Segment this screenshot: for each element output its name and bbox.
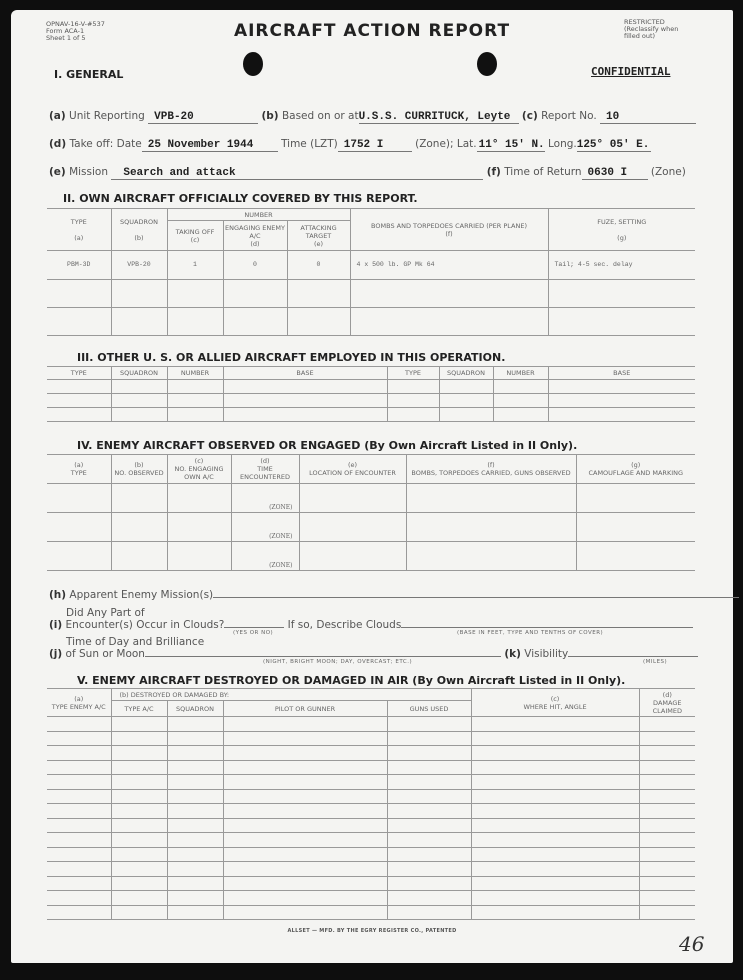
cell-empty[interactable] bbox=[548, 408, 695, 422]
cell-empty[interactable] bbox=[167, 789, 223, 804]
col-enemy-type-header: (a)TYPE ENEMY A/C bbox=[47, 689, 111, 717]
cell-empty[interactable] bbox=[47, 380, 111, 394]
table-row bbox=[47, 818, 695, 833]
cell-empty[interactable] bbox=[548, 308, 695, 336]
clouds-yes-no-field[interactable] bbox=[224, 627, 284, 628]
col-damage-header: (d)DAMAGE CLAIMED bbox=[639, 689, 695, 717]
reclassify-note-2: filled out) bbox=[624, 33, 678, 40]
visibility-label: Visibility bbox=[524, 648, 568, 660]
cell-empty[interactable] bbox=[387, 760, 471, 775]
describe-clouds-hint: (BASE IN FEET, TYPE AND TENTHS OF COVER) bbox=[457, 630, 603, 636]
cell-empty[interactable] bbox=[111, 789, 167, 804]
field-key: (b) bbox=[261, 110, 278, 122]
cell-empty[interactable] bbox=[167, 862, 223, 877]
restricted-note: RESTRICTED (Reclassify when filled out) bbox=[624, 19, 678, 40]
table-row: (ZONE) bbox=[47, 513, 695, 542]
cell-empty[interactable] bbox=[47, 775, 111, 790]
cell-fuze[interactable]: Tail; 4-5 sec. delay bbox=[548, 251, 695, 280]
cell-empty[interactable] bbox=[471, 891, 639, 906]
col-where-hit-header: (c)WHERE HIT, ANGLE bbox=[471, 689, 639, 717]
col-squadron-header: SQUADRON bbox=[111, 367, 167, 380]
cell-empty[interactable] bbox=[471, 847, 639, 862]
cell-empty[interactable] bbox=[167, 804, 223, 819]
cell-empty[interactable] bbox=[639, 862, 695, 877]
cell-empty[interactable] bbox=[387, 380, 439, 394]
clouds-label-line2: Encounter(s) Occur in Clouds? bbox=[66, 619, 225, 631]
section-general-heading: I. GENERAL bbox=[54, 68, 123, 81]
cell-empty[interactable] bbox=[576, 484, 695, 513]
cell-empty[interactable] bbox=[471, 775, 639, 790]
cell-empty[interactable] bbox=[111, 775, 167, 790]
cell-empty[interactable] bbox=[471, 804, 639, 819]
cell-empty[interactable] bbox=[223, 760, 387, 775]
cell-empty[interactable] bbox=[548, 394, 695, 408]
handwritten-page-number: 46 bbox=[679, 932, 704, 956]
cell-empty[interactable] bbox=[471, 731, 639, 746]
cell-empty[interactable] bbox=[167, 847, 223, 862]
cell-empty[interactable] bbox=[576, 513, 695, 542]
time-lzt-label: Time (LZT) bbox=[281, 138, 338, 150]
cell-empty[interactable] bbox=[387, 775, 471, 790]
cell-empty[interactable] bbox=[471, 818, 639, 833]
apparent-mission-label: Apparent Enemy Mission(s) bbox=[69, 589, 213, 601]
cell-empty[interactable] bbox=[47, 408, 111, 422]
table-row bbox=[47, 833, 695, 848]
cell-empty[interactable] bbox=[111, 891, 167, 906]
cell-empty[interactable] bbox=[167, 380, 223, 394]
field-key: (a) bbox=[49, 110, 66, 122]
cell-empty[interactable] bbox=[111, 905, 167, 920]
cell-empty[interactable] bbox=[111, 717, 167, 732]
brilliance-field[interactable] bbox=[145, 656, 501, 657]
section-enemy-destroyed-heading: V. ENEMY AIRCRAFT DESTROYED OR DAMAGED I… bbox=[77, 674, 625, 687]
zone-label[interactable]: (ZONE) bbox=[231, 484, 299, 513]
table-row bbox=[47, 280, 695, 308]
apparent-mission-row: (h) Apparent Enemy Mission(s) bbox=[49, 589, 739, 601]
cell-empty[interactable] bbox=[387, 876, 471, 891]
col-taking-off-header: TAKING OFF(c) bbox=[167, 221, 223, 251]
cell-empty[interactable] bbox=[299, 542, 406, 571]
cell-empty[interactable] bbox=[47, 542, 111, 571]
cell-empty[interactable] bbox=[471, 760, 639, 775]
time-lzt-field[interactable]: 1752 I bbox=[338, 139, 412, 152]
table-row: (ZONE) bbox=[47, 484, 695, 513]
table-row bbox=[47, 308, 695, 336]
col-number-header-2: NUMBER bbox=[493, 367, 548, 380]
cell-empty[interactable] bbox=[406, 513, 576, 542]
table-row bbox=[47, 847, 695, 862]
zone-lat-label: (Zone); Lat. bbox=[415, 138, 477, 150]
punch-hole-icon bbox=[477, 52, 497, 76]
cell-empty[interactable] bbox=[47, 789, 111, 804]
cell-empty[interactable] bbox=[111, 746, 167, 761]
cell-empty[interactable] bbox=[639, 847, 695, 862]
report-no-field[interactable]: 10 bbox=[600, 111, 696, 124]
cell-empty[interactable] bbox=[299, 513, 406, 542]
col-guns-header: GUNS USED bbox=[387, 701, 471, 717]
report-no-label: Report No. bbox=[541, 110, 597, 122]
table-row bbox=[47, 760, 695, 775]
cell-attacking[interactable]: 0 bbox=[287, 251, 350, 280]
cell-empty[interactable] bbox=[471, 789, 639, 804]
cell-empty[interactable] bbox=[111, 394, 167, 408]
col-camouflage-header: (g)CAMOUFLAGE AND MARKING bbox=[576, 455, 695, 484]
cell-empty[interactable] bbox=[223, 717, 387, 732]
cell-empty[interactable] bbox=[639, 818, 695, 833]
general-row-1: (a) Unit Reporting VPB-20 (b) Based on o… bbox=[49, 110, 696, 124]
cell-empty[interactable] bbox=[47, 833, 111, 848]
col-bombs-header: (f)BOMBS, TORPEDOES CARRIED, GUNS OBSERV… bbox=[406, 455, 576, 484]
cell-empty[interactable] bbox=[47, 905, 111, 920]
cell-empty[interactable] bbox=[167, 484, 231, 513]
cell-type[interactable]: PBM-3D bbox=[47, 251, 111, 280]
cell-empty[interactable] bbox=[299, 484, 406, 513]
cell-bombs[interactable]: 4 x 500 lb. GP Mk 64 bbox=[350, 251, 548, 280]
cell-empty[interactable] bbox=[47, 818, 111, 833]
cell-empty[interactable] bbox=[167, 731, 223, 746]
visibility-hint: (MILES) bbox=[643, 659, 667, 665]
enemy-destroyed-table: (a)TYPE ENEMY A/C (b) DESTROYED OR DAMAG… bbox=[47, 688, 695, 920]
col-engaging-header: ENGAGING ENEMY A/C(d) bbox=[223, 221, 287, 251]
table-row bbox=[47, 876, 695, 891]
cell-empty[interactable] bbox=[167, 542, 231, 571]
cell-empty[interactable] bbox=[493, 394, 548, 408]
cell-empty[interactable] bbox=[223, 847, 387, 862]
cell-empty[interactable] bbox=[47, 513, 111, 542]
col-location-header: (e)LOCATION OF ENCOUNTER bbox=[299, 455, 406, 484]
cell-empty[interactable] bbox=[548, 380, 695, 394]
cell-empty[interactable] bbox=[47, 862, 111, 877]
cell-empty[interactable] bbox=[47, 760, 111, 775]
cell-empty[interactable] bbox=[111, 876, 167, 891]
table-row bbox=[47, 717, 695, 732]
cell-empty[interactable] bbox=[111, 280, 167, 308]
cell-empty[interactable] bbox=[406, 484, 576, 513]
cell-empty[interactable] bbox=[47, 746, 111, 761]
cell-empty[interactable] bbox=[223, 891, 387, 906]
cell-empty[interactable] bbox=[387, 833, 471, 848]
cell-empty[interactable] bbox=[111, 542, 167, 571]
cell-empty[interactable] bbox=[167, 717, 223, 732]
cell-empty[interactable] bbox=[111, 731, 167, 746]
section-own-aircraft-heading: II. OWN AIRCRAFT OFFICIALLY COVERED BY T… bbox=[63, 192, 418, 205]
cell-empty[interactable] bbox=[471, 905, 639, 920]
cell-empty[interactable] bbox=[471, 862, 639, 877]
cell-empty[interactable] bbox=[167, 746, 223, 761]
own-aircraft-table: TYPE(a) SQUADRON(b) NUMBER BOMBS AND TOR… bbox=[47, 208, 695, 336]
cell-empty[interactable] bbox=[223, 804, 387, 819]
zone-label: (Zone) bbox=[651, 166, 686, 178]
col-squadron-header: SQUADRON bbox=[167, 701, 223, 717]
cell-empty[interactable] bbox=[639, 876, 695, 891]
cell-empty[interactable] bbox=[387, 746, 471, 761]
cell-empty[interactable] bbox=[439, 408, 493, 422]
field-key: (c) bbox=[522, 110, 538, 122]
visibility-field[interactable] bbox=[568, 656, 698, 657]
zone-label[interactable]: (ZONE) bbox=[231, 513, 299, 542]
cell-empty[interactable] bbox=[639, 717, 695, 732]
yes-no-hint: (YES OR NO) bbox=[233, 630, 273, 636]
cell-empty[interactable] bbox=[223, 308, 287, 336]
cell-empty[interactable] bbox=[47, 876, 111, 891]
cell-empty[interactable] bbox=[167, 833, 223, 848]
general-row-3: (e) Mission Search and attack (f) Time o… bbox=[49, 166, 686, 180]
longitude-label: Long. bbox=[548, 138, 577, 150]
cell-empty[interactable] bbox=[387, 818, 471, 833]
mission-field[interactable]: Search and attack bbox=[111, 167, 483, 180]
table-row bbox=[47, 408, 695, 422]
apparent-mission-field[interactable] bbox=[213, 597, 739, 598]
table-row bbox=[47, 804, 695, 819]
cell-empty[interactable] bbox=[387, 891, 471, 906]
report-sheet: OPNAV-16-V-#537 Form ACA-1 Sheet 1 of 5 … bbox=[11, 10, 733, 963]
cell-empty[interactable] bbox=[639, 746, 695, 761]
describe-clouds-field[interactable] bbox=[401, 627, 693, 628]
table-row bbox=[47, 394, 695, 408]
table-row bbox=[47, 862, 695, 877]
table-row bbox=[47, 891, 695, 906]
col-bombs-header: BOMBS AND TORPEDOES CARRIED (PER PLANE)(… bbox=[350, 209, 548, 251]
cell-empty[interactable] bbox=[111, 818, 167, 833]
unit-reporting-label: Unit Reporting bbox=[69, 110, 145, 122]
brilliance-hint: (NIGHT, BRIGHT MOON; DAY, OVERCAST; ETC.… bbox=[263, 659, 412, 665]
cell-empty[interactable] bbox=[439, 380, 493, 394]
cell-empty[interactable] bbox=[223, 280, 287, 308]
col-engaging-header: (c)NO. ENGAGING OWN A/C bbox=[167, 455, 231, 484]
cell-squadron[interactable]: VPB-20 bbox=[111, 251, 167, 280]
cell-empty[interactable] bbox=[471, 717, 639, 732]
longitude-field[interactable]: 125° 05' E. bbox=[577, 139, 651, 152]
describe-clouds-label: If so, Describe Clouds bbox=[288, 619, 402, 631]
col-number-header: NUMBER bbox=[167, 209, 350, 221]
cell-empty[interactable] bbox=[111, 408, 167, 422]
cell-empty[interactable] bbox=[111, 804, 167, 819]
cell-empty[interactable] bbox=[167, 280, 223, 308]
cell-empty[interactable] bbox=[548, 280, 695, 308]
table-row bbox=[47, 746, 695, 761]
col-destroyed-by-header: (b) DESTROYED OR DAMAGED BY: bbox=[111, 689, 471, 701]
cell-empty[interactable] bbox=[639, 760, 695, 775]
table-row bbox=[47, 775, 695, 790]
cell-empty[interactable] bbox=[167, 775, 223, 790]
cell-empty[interactable] bbox=[350, 308, 548, 336]
cell-empty[interactable] bbox=[639, 775, 695, 790]
section-enemy-observed-heading: IV. ENEMY AIRCRAFT OBSERVED OR ENGAGED (… bbox=[77, 439, 577, 452]
cell-empty[interactable] bbox=[387, 789, 471, 804]
cell-empty[interactable] bbox=[167, 408, 223, 422]
mission-label: Mission bbox=[69, 166, 108, 178]
cell-empty[interactable] bbox=[47, 308, 111, 336]
cell-empty[interactable] bbox=[387, 408, 439, 422]
cell-empty[interactable] bbox=[111, 847, 167, 862]
general-row-2: (d) Take off: Date25 November 1944 Time … bbox=[49, 138, 651, 152]
cell-empty[interactable] bbox=[47, 891, 111, 906]
table-row bbox=[47, 380, 695, 394]
time-of-return-field[interactable]: 0630 I bbox=[582, 167, 648, 180]
cell-empty[interactable] bbox=[639, 891, 695, 906]
cell-empty[interactable] bbox=[223, 775, 387, 790]
takeoff-date-label: Take off: Date bbox=[69, 138, 141, 150]
cell-empty[interactable] bbox=[439, 394, 493, 408]
cell-empty[interactable] bbox=[167, 876, 223, 891]
cell-empty[interactable] bbox=[47, 394, 111, 408]
cell-empty[interactable] bbox=[111, 760, 167, 775]
cell-empty[interactable] bbox=[111, 833, 167, 848]
cell-empty[interactable] bbox=[493, 408, 548, 422]
other-aircraft-table: TYPE SQUADRON NUMBER BASE TYPE SQUADRON … bbox=[47, 366, 695, 422]
cell-empty[interactable] bbox=[167, 905, 223, 920]
col-squadron-header-2: SQUADRON bbox=[439, 367, 493, 380]
cell-empty[interactable] bbox=[471, 833, 639, 848]
cell-empty[interactable] bbox=[223, 862, 387, 877]
cell-empty[interactable] bbox=[387, 394, 439, 408]
cell-empty[interactable] bbox=[47, 717, 111, 732]
unit-reporting-field[interactable]: VPB-20 bbox=[148, 111, 258, 124]
col-number-header: NUMBER bbox=[167, 367, 223, 380]
cell-taking-off[interactable]: 1 bbox=[167, 251, 223, 280]
time-of-return-label: Time of Return bbox=[504, 166, 581, 178]
cell-empty[interactable] bbox=[223, 833, 387, 848]
based-on-label: Based on or at bbox=[282, 110, 359, 122]
cell-empty[interactable] bbox=[639, 804, 695, 819]
field-key: (j) bbox=[49, 648, 62, 660]
field-key: (k) bbox=[504, 648, 521, 660]
cell-empty[interactable] bbox=[387, 717, 471, 732]
cell-empty[interactable] bbox=[639, 731, 695, 746]
cell-empty[interactable] bbox=[576, 542, 695, 571]
cell-empty[interactable] bbox=[223, 408, 387, 422]
cell-empty[interactable] bbox=[387, 847, 471, 862]
cell-empty[interactable] bbox=[387, 731, 471, 746]
based-on-field[interactable]: U.S.S. CURRITUCK, Leyte bbox=[359, 111, 519, 124]
punch-hole-icon bbox=[243, 52, 263, 76]
takeoff-date-field[interactable]: 25 November 1944 bbox=[142, 139, 278, 152]
table-row bbox=[47, 905, 695, 920]
cell-empty[interactable] bbox=[223, 905, 387, 920]
cell-empty[interactable] bbox=[167, 513, 231, 542]
clouds-label-line1: Did Any Part of bbox=[66, 607, 145, 619]
cell-empty[interactable] bbox=[639, 789, 695, 804]
cell-empty[interactable] bbox=[111, 308, 167, 336]
cell-empty[interactable] bbox=[47, 280, 111, 308]
cell-empty[interactable] bbox=[223, 818, 387, 833]
table-row bbox=[47, 789, 695, 804]
cell-empty[interactable] bbox=[350, 280, 548, 308]
cell-empty[interactable] bbox=[223, 731, 387, 746]
cell-empty[interactable] bbox=[223, 789, 387, 804]
cell-empty[interactable] bbox=[47, 847, 111, 862]
col-type-header: TYPE(a) bbox=[47, 209, 111, 251]
cell-empty[interactable] bbox=[111, 513, 167, 542]
cell-empty[interactable] bbox=[223, 394, 387, 408]
field-key: (d) bbox=[49, 138, 66, 150]
cell-empty[interactable] bbox=[287, 280, 350, 308]
table-row: (ZONE) bbox=[47, 542, 695, 571]
cell-empty[interactable] bbox=[167, 308, 223, 336]
cell-empty[interactable] bbox=[387, 905, 471, 920]
cell-empty[interactable] bbox=[167, 891, 223, 906]
cell-empty[interactable] bbox=[167, 818, 223, 833]
cell-empty[interactable] bbox=[639, 833, 695, 848]
cell-empty[interactable] bbox=[387, 862, 471, 877]
cell-empty[interactable] bbox=[639, 905, 695, 920]
cell-empty[interactable] bbox=[223, 876, 387, 891]
table-row: PBM-3D VPB-20 1 0 0 4 x 500 lb. GP Mk 64… bbox=[47, 251, 695, 280]
col-pilot-header: PILOT OR GUNNER bbox=[223, 701, 387, 717]
col-squadron-header: SQUADRON(b) bbox=[111, 209, 167, 251]
field-key: (i) bbox=[49, 619, 62, 631]
cell-empty[interactable] bbox=[387, 804, 471, 819]
table-row bbox=[47, 731, 695, 746]
cell-empty[interactable] bbox=[111, 862, 167, 877]
col-type-header-2: TYPE bbox=[387, 367, 439, 380]
field-key: (e) bbox=[49, 166, 66, 178]
col-base-header: BASE bbox=[223, 367, 387, 380]
col-time-header: (d)TIME ENCOUNTERED bbox=[231, 455, 299, 484]
field-key: (h) bbox=[49, 589, 66, 601]
cell-engaging[interactable]: 0 bbox=[223, 251, 287, 280]
latitude-field[interactable]: 11° 15' N. bbox=[477, 139, 545, 152]
field-key: (f) bbox=[487, 166, 501, 178]
col-type-ac-header: TYPE A/C bbox=[111, 701, 167, 717]
cell-empty[interactable] bbox=[47, 804, 111, 819]
classification-stamp: CONFIDENTIAL bbox=[591, 65, 670, 78]
brilliance-label-line2: of Sun or Moon bbox=[66, 648, 145, 660]
col-base-header-2: BASE bbox=[548, 367, 695, 380]
cell-empty[interactable] bbox=[111, 380, 167, 394]
col-attacking-header: ATTACKING TARGET(e) bbox=[287, 221, 350, 251]
cell-empty[interactable] bbox=[47, 731, 111, 746]
cell-empty[interactable] bbox=[406, 542, 576, 571]
brilliance-label-line1: Time of Day and Brilliance bbox=[66, 636, 204, 648]
cell-empty[interactable] bbox=[167, 760, 223, 775]
cell-empty[interactable] bbox=[47, 484, 111, 513]
col-type-header: (a)TYPE bbox=[47, 455, 111, 484]
cell-empty[interactable] bbox=[471, 876, 639, 891]
cell-empty[interactable] bbox=[223, 380, 387, 394]
zone-label[interactable]: (ZONE) bbox=[231, 542, 299, 571]
cell-empty[interactable] bbox=[111, 484, 167, 513]
printer-imprint: ALLSET — MFD. BY THE EGRY REGISTER CO., … bbox=[11, 928, 733, 934]
col-fuze-header: FUZE, SETTING(g) bbox=[548, 209, 695, 251]
col-observed-header: (b)NO. OBSERVED bbox=[111, 455, 167, 484]
cell-empty[interactable] bbox=[471, 746, 639, 761]
cell-empty[interactable] bbox=[167, 394, 223, 408]
cell-empty[interactable] bbox=[493, 380, 548, 394]
section-other-aircraft-heading: III. OTHER U. S. OR ALLIED AIRCRAFT EMPL… bbox=[77, 351, 505, 364]
enemy-observed-table: (a)TYPE (b)NO. OBSERVED (c)NO. ENGAGING … bbox=[47, 454, 695, 571]
col-type-header: TYPE bbox=[47, 367, 111, 380]
cell-empty[interactable] bbox=[223, 746, 387, 761]
cell-empty[interactable] bbox=[287, 308, 350, 336]
